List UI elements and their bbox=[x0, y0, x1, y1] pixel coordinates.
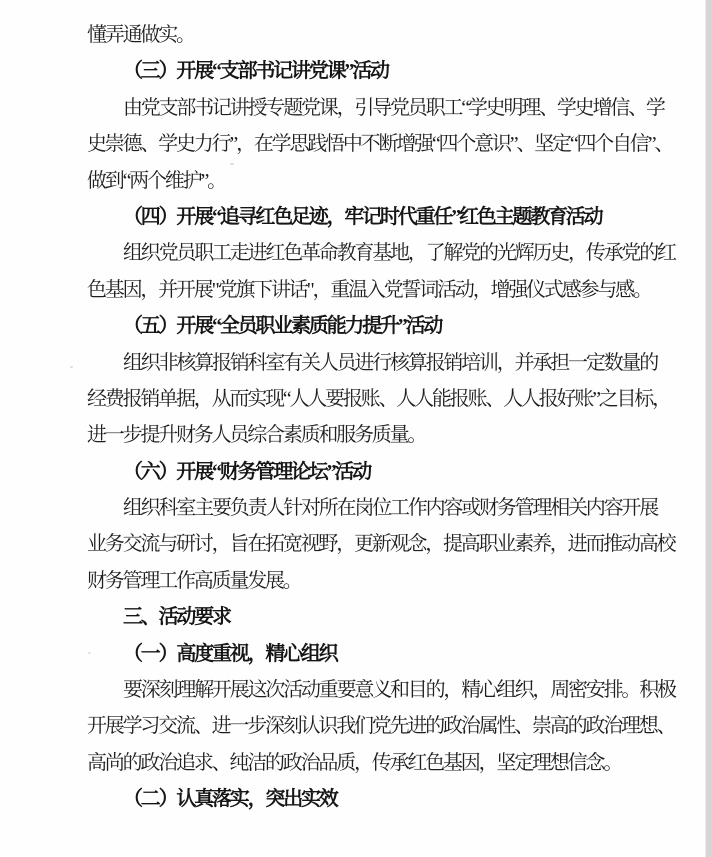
body-line: 组织党员职工走进红色革命教育基地，了解党的光辉历史，传承党的红 bbox=[87, 235, 657, 271]
heading-line: 三、活动要求 bbox=[87, 599, 657, 635]
body-line: 业务交流与研讨，旨在拓宽视野，更新观念，提高职业素养，进而推动高校 bbox=[87, 526, 657, 562]
body-line: 组织非核算报销科室有关人员进行核算报销培训，并承担一定数量的 bbox=[87, 345, 657, 381]
heading-line: （二）认真落实，突出实效 bbox=[87, 781, 657, 817]
heading-line: （三）开展“支部书记讲党课”活动 bbox=[87, 53, 657, 89]
body-line: 色基因，并开展"党旗下讲话"，重温入党誓词活动，增强仪式感参与感。 bbox=[87, 272, 657, 308]
body-line: 高尚的政治追求、纯洁的政治品质，传承红色基因，坚定理想信念。 bbox=[87, 745, 657, 781]
body-line: 要深刻理解开展这次活动重要意义和目的，精心组织，周密安排。积极 bbox=[87, 672, 657, 708]
scan-speck bbox=[230, 163, 234, 165]
heading-line: （五）开展“全员职业素质能力提升”活动 bbox=[87, 308, 657, 344]
body-line: 做到“两个维护”。 bbox=[87, 163, 657, 199]
body-line: 史崇德、学史力行”，在学思践悟中不断增强“四个意识”、坚定“四个自信”、 bbox=[87, 126, 657, 162]
page-edge bbox=[705, 0, 712, 857]
document-page: 懂弄通做实。（三）开展“支部书记讲党课”活动由党支部书记讲授专题党课，引导党员职… bbox=[0, 0, 712, 857]
heading-line: （一）高度重视，精心组织 bbox=[87, 636, 657, 672]
body-line: 懂弄通做实。 bbox=[87, 17, 657, 53]
text-block: 懂弄通做实。（三）开展“支部书记讲党课”活动由党支部书记讲授专题党课，引导党员职… bbox=[87, 17, 657, 818]
body-line: 开展学习交流、进一步深刻认识我们党先进的政治属性、崇高的政治理想、 bbox=[87, 708, 657, 744]
body-line: 经费报销单据，从而实现“人人要报账、人人能报账、人人报好账”之目标， bbox=[87, 381, 657, 417]
body-line: 组织科室主要负责人针对所在岗位工作内容或财务管理相关内容开展 bbox=[87, 490, 657, 526]
body-line: 财务管理工作高质量发展。 bbox=[87, 563, 657, 599]
body-line: 进一步提升财务人员综合素质和服务质量。 bbox=[87, 417, 657, 453]
scan-speck bbox=[88, 652, 91, 654]
scan-speck bbox=[70, 366, 73, 368]
heading-line: （六）开展“财务管理论坛”活动 bbox=[87, 454, 657, 490]
body-line: 由党支部书记讲授专题党课，引导党员职工“学史明理、学史增信、学 bbox=[87, 90, 657, 126]
heading-line: （四）开展“追寻红色足迹，牢记时代重任”红色主题教育活动 bbox=[87, 199, 657, 235]
